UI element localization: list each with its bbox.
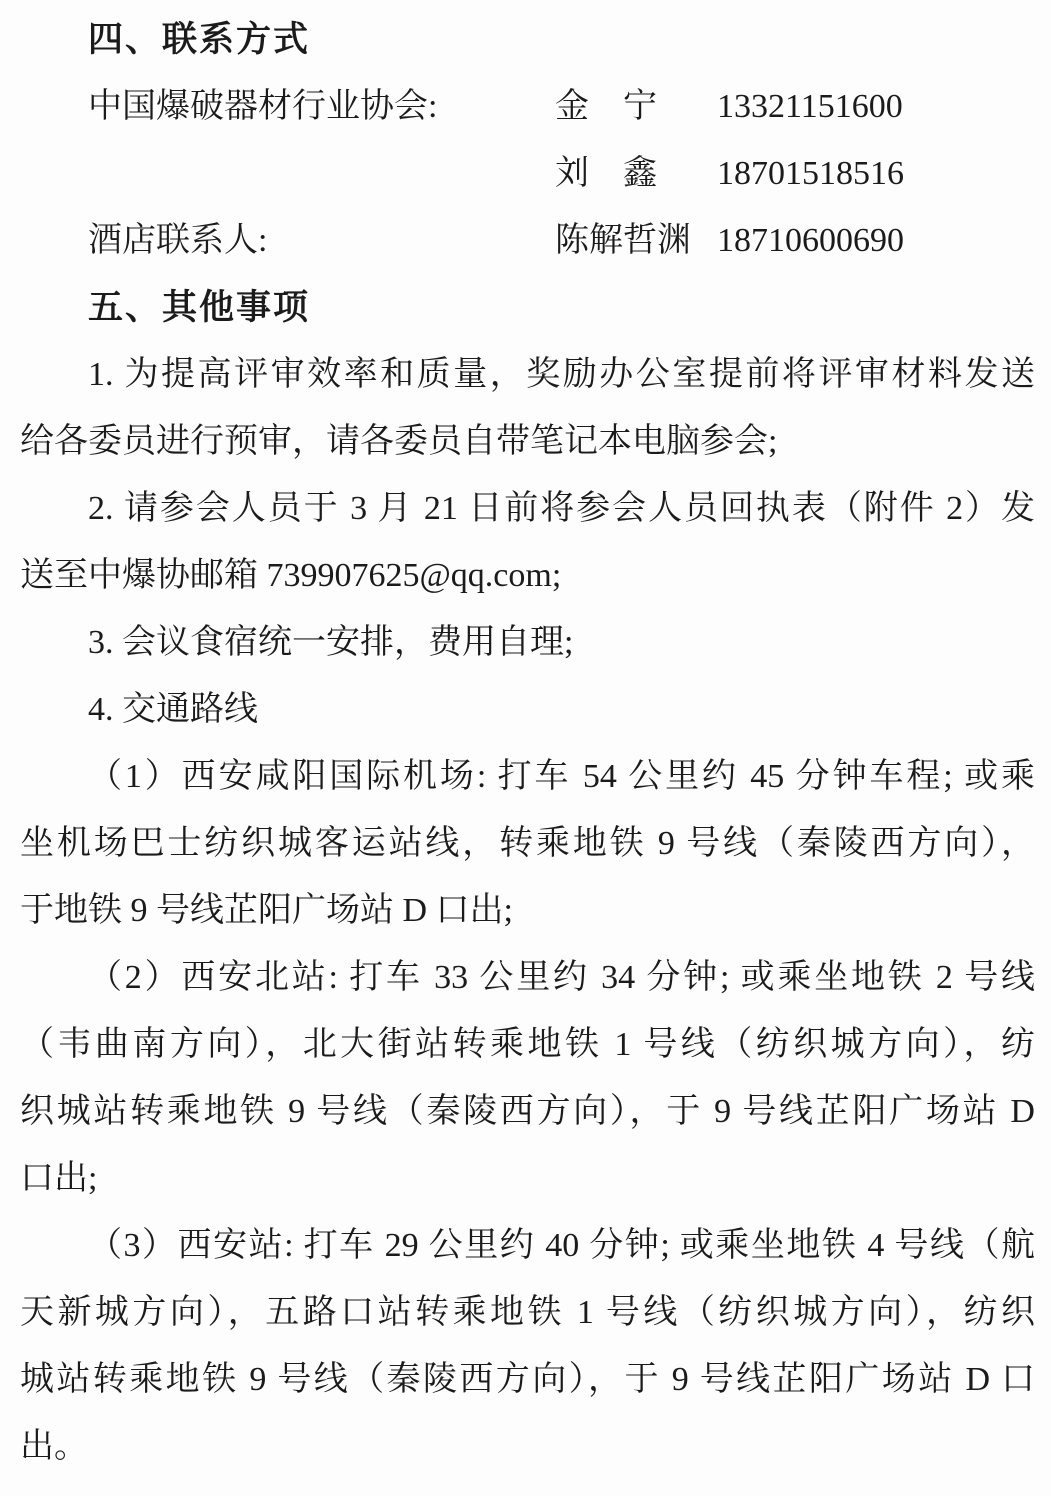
paragraph-line: 于地铁 9 号线芷阳广场站 D 口出;: [20, 877, 1035, 944]
paragraph-line: （韦曲南方向），北大街站转乘地铁 1 号线（纺织城方向），纺: [20, 1011, 1035, 1078]
paragraph: （2）西安北站: 打车 33 公里约 34 分钟; 或乘坐地铁 2 号线（韦曲南…: [20, 944, 1035, 1212]
section-heading-contact: 四、联系方式: [20, 6, 1035, 73]
paragraph: 1. 为提高评审效率和质量，奖励办公室提前将评审材料发送给各委员进行预审，请各委…: [20, 341, 1035, 475]
paragraph-line: 城站转乘地铁 9 号线（秦陵西方向），于 9 号线芷阳广场站 D 口: [20, 1346, 1035, 1413]
contact-label: 中国爆破器材行业协会:: [20, 73, 555, 140]
document-page: 四、联系方式 中国爆破器材行业协会: 金 宁 13321151600 刘 鑫 1…: [0, 0, 1051, 1496]
paragraph-line: 织城站转乘地铁 9 号线（秦陵西方向），于 9 号线芷阳广场站 D: [20, 1078, 1035, 1145]
contact-name: 陈解哲渊: [555, 207, 717, 274]
contact-phone: 18710600690: [717, 207, 1035, 274]
contact-name: 刘 鑫: [555, 140, 717, 207]
paragraph-line: 给各委员进行预审，请各委员自带笔记本电脑参会;: [20, 408, 1035, 475]
paragraph-line: （2）西安北站: 打车 33 公里约 34 分钟; 或乘坐地铁 2 号线: [20, 944, 1035, 1011]
paragraph-line: （1）西安咸阳国际机场: 打车 54 公里约 45 分钟车程; 或乘: [20, 743, 1035, 810]
contact-row: 酒店联系人: 陈解哲渊 18710600690: [20, 207, 1035, 274]
paragraph: （1）西安咸阳国际机场: 打车 54 公里约 45 分钟车程; 或乘坐机场巴士纺…: [20, 743, 1035, 944]
paragraph-line: 1. 为提高评审效率和质量，奖励办公室提前将评审材料发送: [20, 341, 1035, 408]
paragraph: 3. 会议食宿统一安排，费用自理;: [20, 609, 1035, 676]
paragraph-line: 送至中爆协邮箱 739907625@qq.com;: [20, 542, 1035, 609]
contact-name: 金 宁: [555, 73, 717, 140]
paragraph-line: 2. 请参会人员于 3 月 21 日前将参会人员回执表（附件 2）发: [20, 475, 1035, 542]
paragraph-line: 坐机场巴士纺织城客运站线，转乘地铁 9 号线（秦陵西方向），: [20, 810, 1035, 877]
contact-row: 中国爆破器材行业协会: 金 宁 13321151600: [20, 73, 1035, 140]
paragraph: 4. 交通路线: [20, 676, 1035, 743]
contact-label: 酒店联系人:: [20, 207, 555, 274]
paragraph-line: 天新城方向），五路口站转乘地铁 1 号线（纺织城方向），纺织: [20, 1279, 1035, 1346]
paragraph-line: 口出;: [20, 1145, 1035, 1212]
paragraph-line: 4. 交通路线: [20, 676, 1035, 743]
contact-phone: 13321151600: [717, 73, 1035, 140]
section-heading-other: 五、其他事项: [20, 274, 1035, 341]
paragraph-line: （3）西安站: 打车 29 公里约 40 分钟; 或乘坐地铁 4 号线（航: [20, 1212, 1035, 1279]
paragraph: 2. 请参会人员于 3 月 21 日前将参会人员回执表（附件 2）发送至中爆协邮…: [20, 475, 1035, 609]
paragraph: （3）西安站: 打车 29 公里约 40 分钟; 或乘坐地铁 4 号线（航天新城…: [20, 1212, 1035, 1480]
paragraph-line: 出。: [20, 1413, 1035, 1480]
paragraph-line: 3. 会议食宿统一安排，费用自理;: [20, 609, 1035, 676]
contact-row: 刘 鑫 18701518516: [20, 140, 1035, 207]
section-other-paragraphs: 1. 为提高评审效率和质量，奖励办公室提前将评审材料发送给各委员进行预审，请各委…: [20, 341, 1035, 1480]
contact-label: [20, 140, 555, 207]
contact-phone: 18701518516: [717, 140, 1035, 207]
